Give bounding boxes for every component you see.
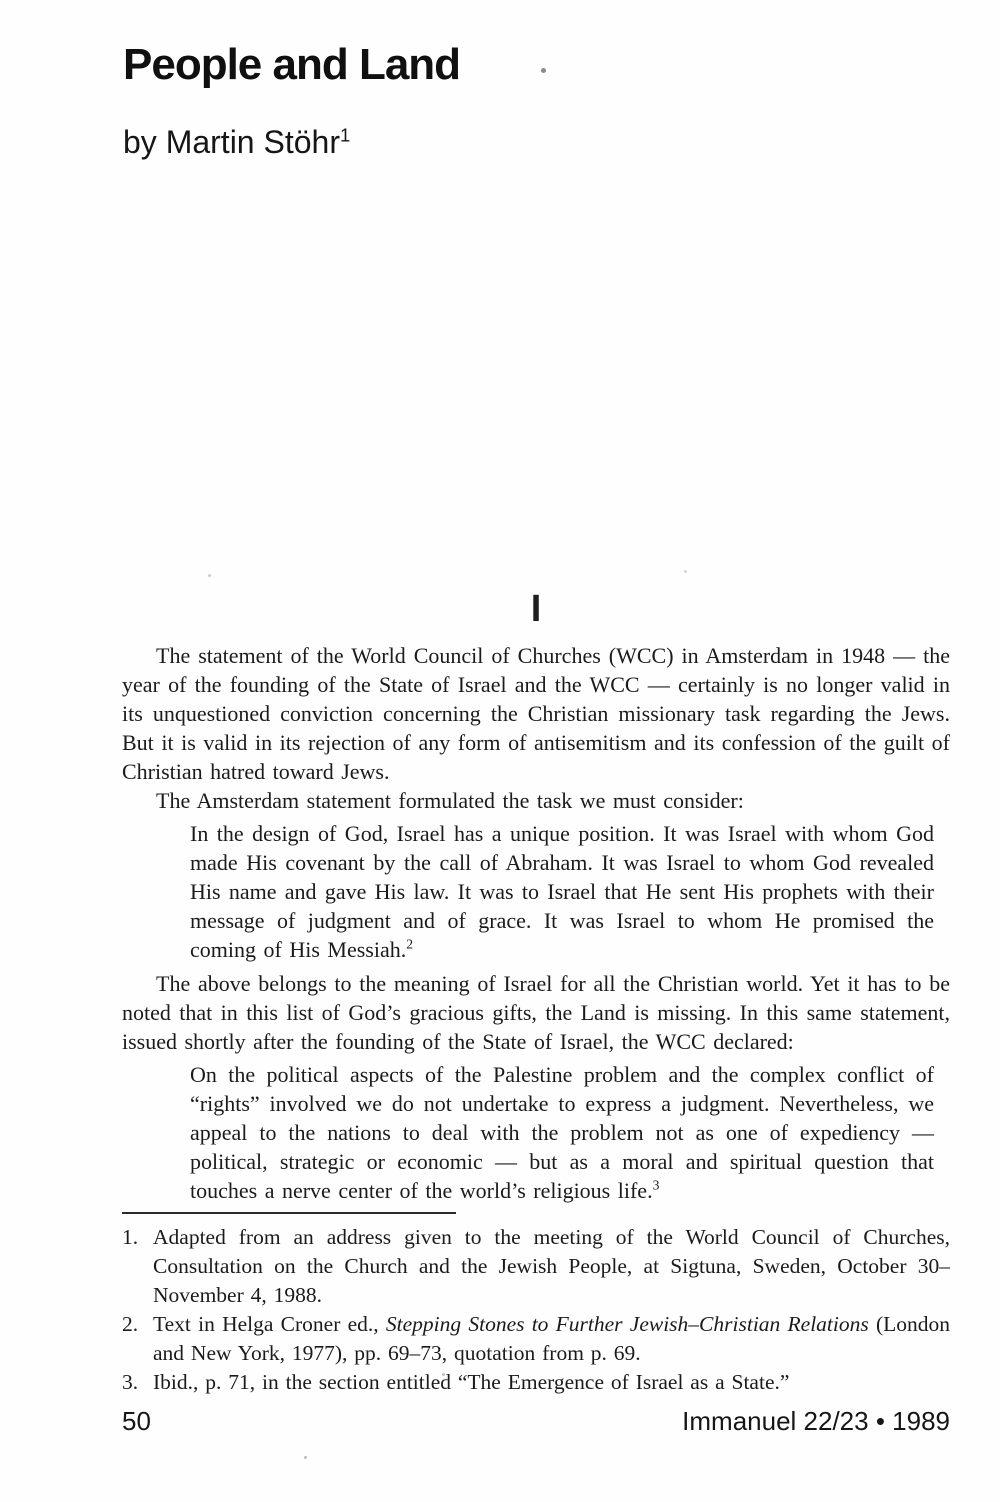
byline-text: by Martin Stöhr (123, 124, 340, 160)
footnote-text: Adapted from an address given to the mee… (153, 1223, 950, 1310)
footnote-ref-3: 3 (653, 1178, 660, 1193)
footnote-text: Ibid., p. 71, in the section entitled “T… (153, 1368, 950, 1397)
blockquote-political-aspects: On the political aspects of the Palestin… (190, 1060, 934, 1205)
paragraph-2: The Amsterdam statement formulated the t… (122, 786, 950, 815)
article-byline: by Martin Stöhr1 (123, 122, 350, 162)
blockquote-text: On the political aspects of the Palestin… (190, 1062, 934, 1203)
footnote-1: 1. Adapted from an address given to the … (122, 1223, 950, 1310)
scan-speck (208, 574, 211, 577)
scan-speck (541, 68, 546, 73)
scan-speck (442, 1373, 445, 1376)
section-marker: I (122, 589, 950, 629)
document-page: People and Land by Martin Stöhr1 I The s… (0, 0, 1000, 1502)
blockquote-amsterdam-statement: In the design of God, Israel has a uniqu… (190, 819, 934, 964)
footnote-separator-rule (122, 1212, 456, 1214)
footnote-number: 2. (122, 1310, 153, 1368)
book-title: Stepping Stones to Further Jewish–Christ… (386, 1312, 869, 1336)
page-footer: 50 Immanuel 22/23 • 1989 (122, 1406, 950, 1437)
journal-issue-line: Immanuel 22/23 • 1989 (682, 1406, 950, 1437)
footnote-2: 2. Text in Helga Croner ed., Stepping St… (122, 1310, 950, 1368)
scan-speck (684, 570, 687, 573)
footnote-number: 3. (122, 1368, 153, 1397)
footnote-text: Text in Helga Croner ed., Stepping Stone… (153, 1310, 950, 1368)
footnote-text-before-title: Text in Helga Croner ed., (153, 1312, 386, 1336)
page-number: 50 (122, 1406, 151, 1437)
paragraph-3: The above belongs to the meaning of Isra… (122, 969, 950, 1056)
article-title: People and Land (123, 40, 460, 90)
blockquote-text: In the design of God, Israel has a uniqu… (190, 821, 934, 962)
byline-footnote-ref: 1 (340, 124, 350, 145)
footnote-ref-2: 2 (406, 937, 413, 952)
scan-speck (304, 1456, 307, 1459)
footnote-number: 1. (122, 1223, 153, 1310)
footnote-3: 3. Ibid., p. 71, in the section entitled… (122, 1368, 950, 1397)
article-body: The statement of the World Council of Ch… (122, 641, 950, 1210)
footnotes-section: 1. Adapted from an address given to the … (122, 1223, 950, 1397)
paragraph-1: The statement of the World Council of Ch… (122, 641, 950, 786)
